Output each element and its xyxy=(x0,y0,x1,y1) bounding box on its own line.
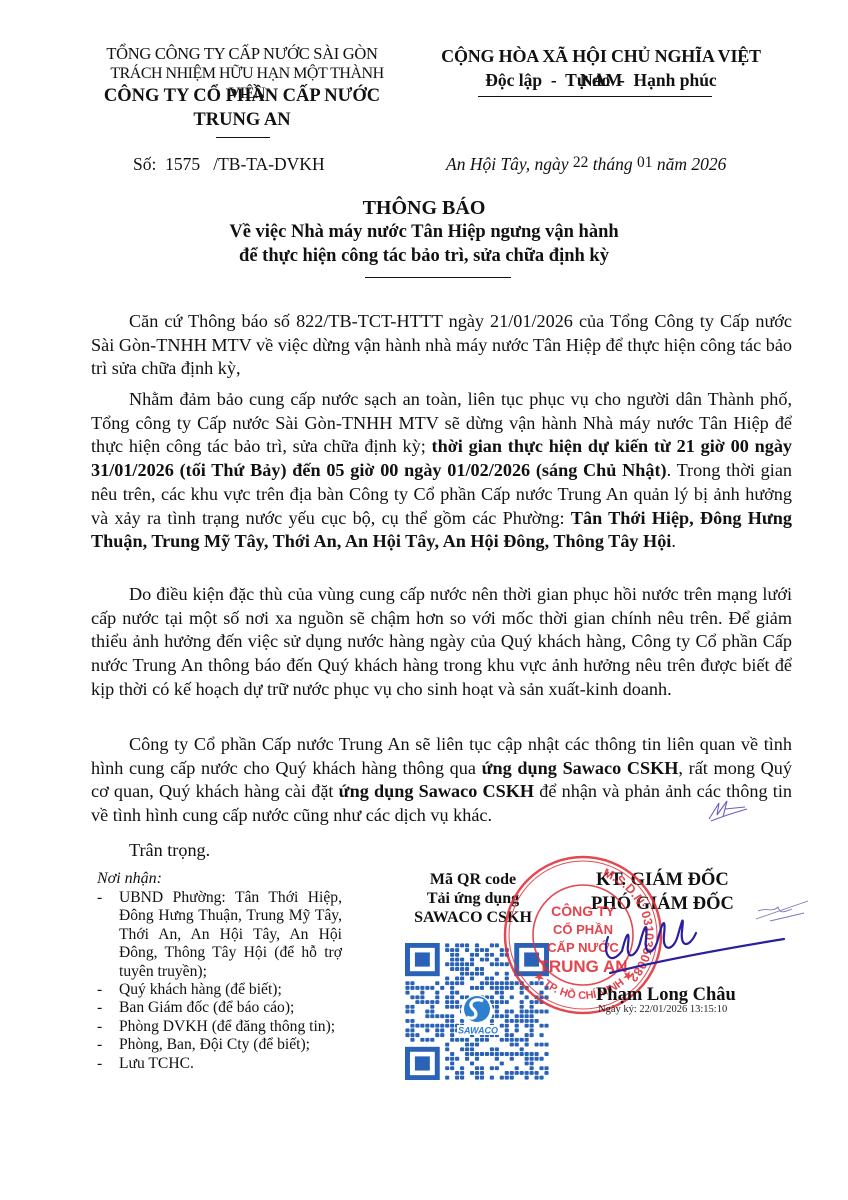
recipient-item: Phòng, Ban, Đội Cty (để biết); xyxy=(97,1036,342,1054)
parent-org-name: TỔNG CÔNG TY CẤP NƯỚC SÀI GÒN xyxy=(92,44,392,64)
org-divider xyxy=(216,137,270,138)
recipient-item: Ban Giám đốc (để báo cáo); xyxy=(97,999,342,1017)
signing-timestamp: Ngày ký: 22/01/2026 13:15:10 xyxy=(598,1004,727,1016)
document-subtitle-line2: để thực hiện công tác bảo trì, sửa chữa … xyxy=(0,244,848,268)
app-name: ứng dụng Sawaco CSKH xyxy=(339,781,534,801)
document-number: Số: 1575 /TB-TA-DVKH xyxy=(133,152,325,176)
org-name-line2: TRUNG AN xyxy=(92,108,392,132)
paragraph-schedule: Nhằm đảm bảo cung cấp nước sạch an toàn,… xyxy=(91,388,792,554)
initial-mark-icon xyxy=(705,795,755,825)
date-line: An Hội Tây, ngày 22 tháng 01 năm 2026 xyxy=(446,152,726,178)
date-place: An Hội Tây, ngày xyxy=(446,154,573,174)
recipient-item: UBND Phường: Tân Thới Hiệp, Đông Hưng Th… xyxy=(97,889,342,981)
recipient-item: Phòng DVKH (để đăng thông tin); xyxy=(97,1018,342,1036)
date-day: 22 xyxy=(573,154,589,171)
date-month-label: tháng xyxy=(588,154,637,174)
date-year: năm 2026 xyxy=(653,154,727,174)
recipients-heading: Nơi nhận: xyxy=(97,869,162,889)
closing-text: Trân trọng. xyxy=(129,838,210,862)
svg-text:SAWACO: SAWACO xyxy=(458,1026,498,1036)
document-subtitle: Về việc Nhà máy nước Tân Hiệp ngưng vận … xyxy=(0,220,848,244)
recipient-item: Quý khách hàng (để biết); xyxy=(97,981,342,999)
paragraph-app-info: Công ty Cổ phần Cấp nước Trung An sẽ liê… xyxy=(91,733,792,828)
paragraph-recovery: Do điều kiện đặc thù của vùng cung cấp n… xyxy=(91,583,792,702)
paragraph-basis: Căn cứ Thông báo số 822/TB-TCT-HTTT ngày… xyxy=(91,310,792,381)
initial-mark-icon xyxy=(752,895,812,925)
text: . xyxy=(671,531,676,551)
title-divider xyxy=(365,277,511,278)
document-title: THÔNG BÁO xyxy=(0,195,848,221)
app-name: ứng dụng Sawaco CSKH xyxy=(482,758,679,778)
date-month: 01 xyxy=(637,154,653,171)
recipient-item: Lưu TCHC. xyxy=(97,1055,342,1073)
recipients-list: UBND Phường: Tân Thới Hiệp, Đông Hưng Th… xyxy=(97,889,342,1073)
national-motto: Độc lập - Tự do - Hạnh phúc xyxy=(420,68,782,92)
motto-divider xyxy=(478,96,712,97)
org-name: CÔNG TY CỔ PHẦN CẤP NƯỚC xyxy=(92,84,392,108)
